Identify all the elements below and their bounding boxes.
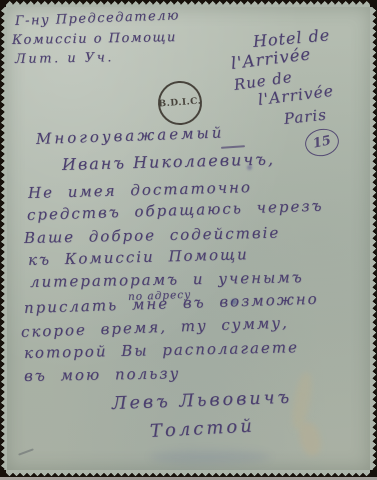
body-line: въ мою пользу	[24, 364, 181, 385]
folio-number: 15	[312, 133, 333, 151]
perforated-edge-bottom	[6, 470, 370, 476]
scanned-letter: Г-ну Председателю Комиссіи о Помощи Лит.…	[0, 0, 377, 480]
perforated-edge-right	[370, 7, 376, 470]
recipient-line: Комиссіи о Помощи	[12, 30, 177, 48]
recipient-line: Лит. и Уч.	[15, 50, 114, 67]
stamp-text: B.D.I.C.	[158, 97, 201, 110]
perforated-edge-left	[1, 7, 7, 470]
perforated-edge-top	[6, 1, 370, 7]
